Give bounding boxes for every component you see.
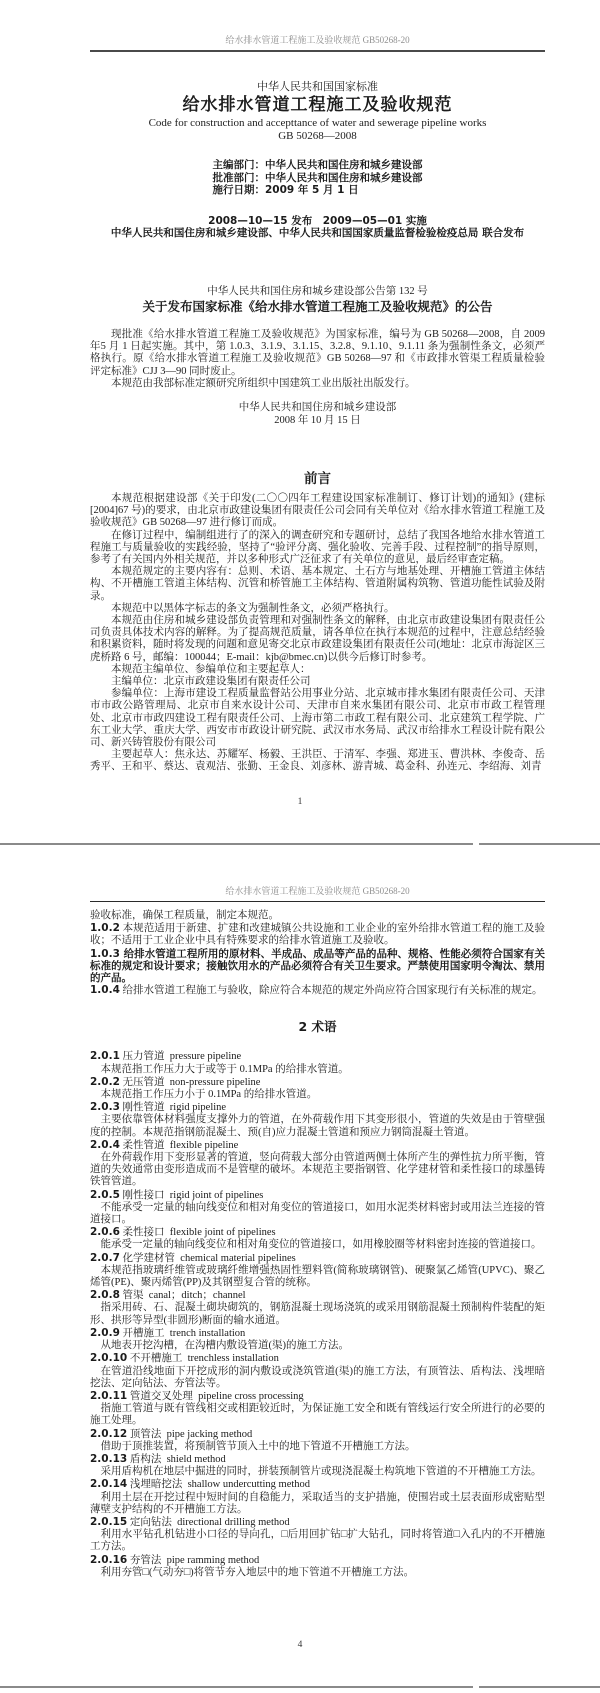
term-number: 2.0.10 — [90, 1352, 127, 1364]
term-entry: 2.0.9 开槽施工 trench installation 从地表开挖沟槽，在… — [90, 1327, 545, 1352]
term-entry: 2.0.1 压力管道 pressure pipeline 本规范指工作压力大于或… — [90, 1050, 545, 1075]
clause-continuation: 验收标准，确保工程质量，制定本规范。 — [90, 910, 545, 922]
term-name-en: trenchless installation — [188, 1353, 279, 1364]
term-definition: 利用土层在开挖过程中短时间的自稳能力，采取适当的支护措施，使围岩或土层表面形成密… — [90, 1492, 545, 1516]
issue-implement-dates: 2008—10—15 发布 2009—05—01 实施 — [90, 215, 545, 228]
term-name-en: chemical material pipelines — [180, 1253, 295, 1264]
document-title-english: Code for construction and accepttance of… — [90, 117, 545, 130]
signature-date: 2008 年 10 月 15 日 — [90, 415, 545, 428]
term-definition: 采用盾构机在地层中掘进的同时，拼装预制管片或现浇混凝土构筑地下管道的不开槽施工方… — [90, 1466, 545, 1478]
term-name-en: rigid pipeline — [170, 1102, 226, 1113]
notice-paragraph: 现批准《给水排水管道工程施工及验收规范》为国家标准，编号为 GB 50268—2… — [90, 329, 545, 378]
term-number: 2.0.7 — [90, 1252, 120, 1264]
term-name-zh: 管道交叉处理 — [130, 1390, 193, 1402]
foreword-paragraph: 在修订过程中，编制组进行了的深入的调查研究和专题研讨，总结了我国各地给水排水管道… — [90, 530, 545, 567]
page-separator-line — [0, 1686, 600, 1688]
term-name-zh: 化学建材管 — [123, 1252, 176, 1264]
term-name-zh: 刚性管道 — [123, 1101, 165, 1113]
term-name-en: trench installation — [170, 1328, 246, 1339]
clause-1-0-2: 1.0.2 本规范适用于新建、扩建和改建城镇公共设施和工业企业的室外给排水管道工… — [90, 922, 545, 947]
clause-number: 1.0.2 — [90, 922, 120, 934]
term-entry: 2.0.14 浅埋暗挖法 shallow undercutting method… — [90, 1478, 545, 1516]
term-definition: 不能承受一定量的轴向线变位和相对角变位的管道接口，如用水泥类材料密封或用法兰连接… — [90, 1202, 545, 1226]
term-entry: 2.0.8 管渠 canal；ditch；channel 指采用砖、石、混凝土砌… — [90, 1289, 545, 1327]
foreword-paragraph: 本规范根据建设部《关于印发(二〇〇四年工程建设国家标准制订、修订计划)的通知》(… — [90, 493, 545, 530]
foreword-paragraph: 主要起草人：焦永达、苏耀军、杨毅、王洪臣、于清军、李强、郑进玉、曹洪林、李俊奇、… — [90, 749, 545, 773]
term-entry: 2.0.5 刚性接口 rigid joint of pipelines 不能承受… — [90, 1189, 545, 1227]
term-name-zh: 刚性接口 — [123, 1189, 165, 1201]
term-entry: 2.0.16 夯管法 pipe ramming method 利用夯管□(气动夯… — [90, 1554, 545, 1579]
clause-text: 给排水管道工程施工与验收，除应符合本规范的规定外尚应符合国家现行有关标准的规定。 — [123, 985, 543, 996]
term-number: 2.0.11 — [90, 1390, 127, 1402]
term-definition: 在外荷载作用下变形显著的管道，竖向荷载大部分由管道两侧土体所产生的弹性抗力所平衡… — [90, 1152, 545, 1189]
term-name-en: canal；ditch；channel — [149, 1290, 246, 1301]
term-entry: 2.0.15 定向钻法 directional drilling method … — [90, 1516, 545, 1554]
term-name-zh: 压力管道 — [123, 1050, 165, 1062]
term-entry: 2.0.3 刚性管道 rigid pipeline 主要依靠管体材料强度支撑外力… — [90, 1101, 545, 1139]
running-header: 给水排水管道工程施工及验收规范 GB50268-20 — [90, 0, 545, 52]
document-title: 给水排水管道工程施工及验收规范 — [90, 95, 545, 115]
term-name-en: pipe jacking method — [167, 1429, 253, 1440]
term-number: 2.0.5 — [90, 1189, 120, 1201]
term-definition: 指施工管道与既有管线相交或相距较近时，为保证施工安全和既有管线运行安全所进行的必… — [90, 1403, 545, 1427]
standard-code: GB 50268—2008 — [90, 130, 545, 143]
foreword-paragraph: 本规范主编单位、参编单位和主要起草人： — [90, 664, 545, 676]
clause-1-0-3-mandatory: 1.0.3 给排水管道工程所用的原材料、半成品、成品等产品的品种、规格、性能必须… — [90, 948, 545, 985]
clause-number: 1.0.3 — [90, 948, 120, 960]
clause-1-0-4: 1.0.4 给排水管道工程施工与验收，除应符合本规范的规定外尚应符合国家现行有关… — [90, 984, 545, 997]
term-number: 2.0.16 — [90, 1554, 127, 1566]
term-name-zh: 夯管法 — [130, 1554, 162, 1566]
term-name-zh: 浅埋暗挖法 — [130, 1478, 183, 1490]
term-number: 2.0.1 — [90, 1050, 120, 1062]
term-name-zh: 管渠 — [123, 1289, 144, 1301]
term-number: 2.0.14 — [90, 1478, 127, 1490]
page-number: 1 — [0, 797, 600, 807]
foreword-paragraph: 本规范由住房和城乡建设部负责管理和对强制性条文的解释，由北京市政建设集团有限责任… — [90, 615, 545, 664]
term-number: 2.0.15 — [90, 1516, 127, 1528]
term-definition: 本规范指工作压力小于 0.1MPa 的给排水管道。 — [90, 1089, 545, 1101]
term-name-en: non-pressure pipeline — [170, 1077, 261, 1088]
term-name-zh: 开槽施工 — [123, 1327, 165, 1339]
approval-dept: 批准部门：中华人民共和国住房和城乡建设部 — [213, 172, 423, 185]
clause-text: 给排水管道工程所用的原材料、半成品、成品等产品的品种、规格、性能必须符合国家有关… — [90, 948, 545, 984]
foreword-paragraph: 主编单位：北京市政建设集团有限责任公司 — [90, 676, 545, 688]
term-name-zh: 不开槽施工 — [130, 1352, 183, 1364]
term-entry: 2.0.13 盾构法 shield method 采用盾构机在地层中掘进的同时，… — [90, 1453, 545, 1478]
term-definition: 借助于顶推装置，将预制管节顶入土中的地下管道不开槽施工方法。 — [90, 1441, 545, 1453]
term-definition: 从地表开挖沟槽，在沟槽内敷设管道(渠)的施工方法。 — [90, 1340, 545, 1352]
term-entry: 2.0.11 管道交叉处理 pipeline cross processing … — [90, 1390, 545, 1428]
term-number: 2.0.8 — [90, 1289, 120, 1301]
term-entry: 2.0.12 顶管法 pipe jacking method 借助于顶推装置，将… — [90, 1428, 545, 1453]
foreword-paragraph: 本规范规定的主要内容有：总则、术语、基本规定、土石方与地基处理、开槽施工管道主体… — [90, 566, 545, 603]
term-name-en: shallow undercutting method — [188, 1479, 310, 1490]
term-definition: 本规范指玻璃纤维管或玻璃纤维增强热固性塑料管(简称玻璃钢管)、硬聚氯乙烯管(UP… — [90, 1265, 545, 1289]
foreword-paragraph: 本规范中以黑体字标志的条文为强制性条文，必须严格执行。 — [90, 603, 545, 615]
clause-number: 1.0.4 — [90, 984, 120, 996]
term-name-en: rigid joint of pipelines — [170, 1190, 264, 1201]
term-name-zh: 定向钻法 — [130, 1516, 172, 1528]
term-name-en: pipeline cross processing — [198, 1391, 304, 1402]
term-entry: 2.0.4 柔性管道 flexible pipeline 在外荷载作用下变形显著… — [90, 1139, 545, 1189]
term-number: 2.0.6 — [90, 1226, 120, 1238]
clause-text: 本规范适用于新建、扩建和改建城镇公共设施和工业企业的室外给排水管道工程的施工及验… — [90, 923, 545, 946]
term-entry: 2.0.10 不开槽施工 trenchless installation 在管道… — [90, 1352, 545, 1390]
term-name-en: flexible pipeline — [170, 1140, 239, 1151]
term-definition: 主要依靠管体材料强度支撑外力的管道，在外荷载作用下其变形很小，管道的失效是由于管… — [90, 1114, 545, 1138]
term-name-en: pipe ramming method — [167, 1555, 260, 1566]
term-name-zh: 柔性接口 — [123, 1226, 165, 1238]
term-definition: 利用水平钻孔机钻进小口径的导向孔，□后用回扩钻□扩大钻孔，同时将管道□入孔内的不… — [90, 1529, 545, 1553]
notice-paragraph: 本规范由我部标准定额研究所组织中国建筑工业出版社出版发行。 — [90, 378, 545, 390]
term-entry: 2.0.2 无压管道 non-pressure pipeline 本规范指工作压… — [90, 1076, 545, 1101]
term-name-en: shield method — [167, 1454, 226, 1465]
term-name-en: directional drilling method — [177, 1517, 290, 1528]
term-number: 2.0.2 — [90, 1076, 120, 1088]
standard-label: 中华人民共和国国家标准 — [90, 80, 545, 93]
page-number: 4 — [0, 1640, 600, 1650]
department-block: 主编部门：中华人民共和国住房和城乡建设部 批准部门：中华人民共和国住房和城乡建设… — [213, 159, 423, 197]
term-name-zh: 柔性管道 — [123, 1139, 165, 1151]
notice-title: 关于发布国家标准《给水排水管道工程施工及验收规范》的公告 — [90, 299, 545, 314]
term-name-en: flexible joint of pipelines — [170, 1227, 276, 1238]
document-page-2: 给水排水管道工程施工及验收规范 GB50268-20 验收标准，确保工程质量，制… — [0, 843, 600, 1686]
document-page-1: 给水排水管道工程施工及验收规范 GB50268-20 中华人民共和国国家标准 给… — [0, 0, 600, 843]
foreword-paragraph: 参编单位：上海市建设工程质量监督站公用事业分站、北京城市排水集团有限责任公司、天… — [90, 688, 545, 749]
term-entry: 2.0.7 化学建材管 chemical material pipelines … — [90, 1252, 545, 1290]
notice-number: 中华人民共和国住房和城乡建设部公告第 132 号 — [90, 286, 545, 299]
term-definition: 指采用砖、石、混凝土砌块砌筑的，钢筋混凝土现场浇筑的或采用钢筋混凝土预制构件装配… — [90, 1302, 545, 1326]
term-definition: 能承受一定量的轴向线变位和相对角变位的管道接口，如用橡胶圈等材料密封连接的管道接… — [90, 1239, 545, 1251]
term-name-zh: 无压管道 — [123, 1076, 165, 1088]
joint-issue-line: 中华人民共和国住房和城乡建设部、中华人民共和国国家质量监督检验检疫总局 联合发布 — [90, 227, 545, 240]
term-name-en: pressure pipeline — [170, 1051, 241, 1062]
term-name-zh: 顶管法 — [130, 1428, 162, 1440]
term-definition: 利用夯管□(气动夯□)将管节夯入地层中的地下管道不开槽施工方法。 — [90, 1567, 545, 1579]
foreword-title: 前言 — [90, 471, 545, 487]
term-number: 2.0.13 — [90, 1453, 127, 1465]
term-entry: 2.0.6 柔性接口 flexible joint of pipelines 能… — [90, 1226, 545, 1251]
effective-date: 施行日期：2009 年 5 月 1 日 — [213, 184, 423, 197]
term-definition: 在管道沿线地面下开挖成形的洞内敷设或浇筑管道(渠)的施工方法，有顶管法、盾构法、… — [90, 1366, 545, 1390]
term-number: 2.0.4 — [90, 1139, 120, 1151]
term-number: 2.0.3 — [90, 1101, 120, 1113]
notice-body: 现批准《给水排水管道工程施工及验收规范》为国家标准，编号为 GB 50268—2… — [90, 329, 545, 390]
signature-organization: 中华人民共和国住房和城乡建设部 — [90, 402, 545, 415]
term-number: 2.0.9 — [90, 1327, 120, 1339]
term-definition: 本规范指工作压力大于或等于 0.1MPa 的给排水管道。 — [90, 1064, 545, 1076]
term-number: 2.0.12 — [90, 1428, 127, 1440]
section-title-terms: 2 术语 — [90, 1019, 545, 1034]
running-header: 给水排水管道工程施工及验收规范 GB50268-20 — [90, 843, 545, 902]
term-name-zh: 盾构法 — [130, 1453, 162, 1465]
chief-editor-dept: 主编部门：中华人民共和国住房和城乡建设部 — [213, 159, 423, 172]
